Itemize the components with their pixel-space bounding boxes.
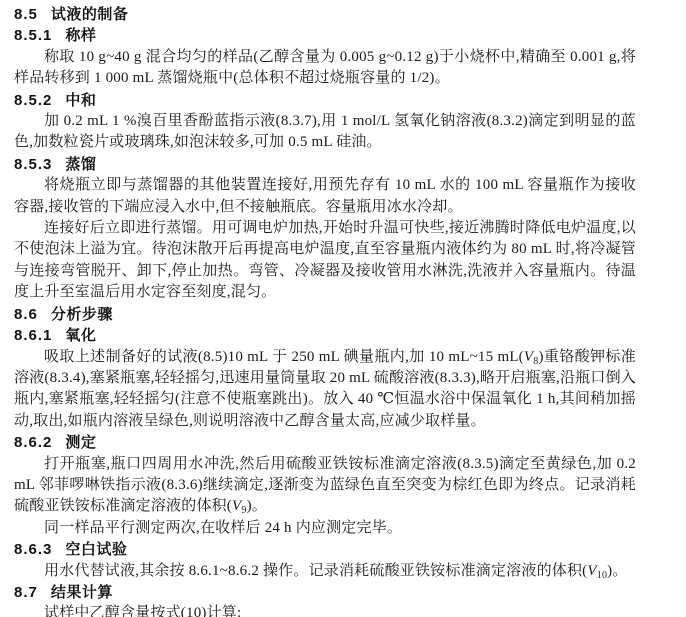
paragraph: 称取 10 g~40 g 混合均匀的样品(乙醇含量为 0.005 g~0.12 … bbox=[14, 47, 636, 90]
variable-v9: V9 bbox=[232, 498, 247, 514]
section-title: 测定 bbox=[65, 434, 96, 451]
section-number: 8.5.1 bbox=[14, 25, 52, 46]
section-heading-8.5: 8.5试液的制备 bbox=[14, 4, 636, 25]
section-heading-8.6.3: 8.6.3空白试验 bbox=[14, 539, 636, 560]
section-heading-8.6.2: 8.6.2测定 bbox=[14, 432, 636, 453]
section-number: 8.7 bbox=[14, 582, 38, 603]
paragraph: 同一样品平行测定两次,在收样后 24 h 内应测定完毕。 bbox=[14, 518, 636, 539]
paragraph: 加 0.2 mL 1 %溴百里香酚蓝指示液(8.3.7),用 1 mol/L 氢… bbox=[14, 111, 636, 154]
variable-subscript: 8 bbox=[533, 356, 538, 367]
section-heading-8.5.2: 8.5.2中和 bbox=[14, 90, 636, 111]
section-number: 8.5.3 bbox=[14, 154, 52, 175]
section-title: 分析步骤 bbox=[51, 306, 113, 323]
section-number: 8.5 bbox=[14, 4, 38, 25]
section-number: 8.6 bbox=[14, 304, 38, 325]
paragraph: 连接好后立即进行蒸馏。用可调电炉加热,开始时升温可快些,接近沸腾时降低电炉温度,… bbox=[14, 218, 636, 304]
section-title: 蒸馏 bbox=[65, 156, 96, 173]
section-heading-8.6.1: 8.6.1氧化 bbox=[14, 325, 636, 346]
paragraph: 用水代替试液,其余按 8.6.1~8.6.2 操作。记录消耗硫酸亚铁铵标准滴定溶… bbox=[14, 561, 636, 582]
section-number: 8.6.1 bbox=[14, 325, 52, 346]
section-heading-8.7: 8.7结果计算 bbox=[14, 582, 636, 603]
variable-subscript: 9 bbox=[241, 505, 246, 516]
section-title: 试液的制备 bbox=[51, 6, 129, 23]
paragraph: 试样中乙醇含量按式(10)计算: bbox=[14, 603, 636, 617]
section-number: 8.6.3 bbox=[14, 539, 52, 560]
paragraph: 吸取上述制备好的试液(8.5)10 mL 于 250 mL 碘量瓶内,加 10 … bbox=[14, 347, 636, 433]
section-heading-8.5.1: 8.5.1称样 bbox=[14, 25, 636, 46]
section-title: 氧化 bbox=[65, 327, 96, 344]
section-heading-8.6: 8.6分析步骤 bbox=[14, 304, 636, 325]
section-number: 8.6.2 bbox=[14, 432, 52, 453]
paragraph: 将烧瓶立即与蒸馏器的其他装置连接好,用预先存有 10 mL 水的 100 mL … bbox=[14, 175, 636, 218]
paragraph: 打开瓶塞,瓶口四周用水冲洗,然后用硫酸亚铁铵标准滴定溶液(8.3.5)滴定至黄绿… bbox=[14, 454, 636, 518]
variable-v8: V8 bbox=[524, 349, 539, 365]
section-title: 结果计算 bbox=[51, 584, 113, 601]
variable-v10: V10 bbox=[587, 563, 607, 579]
variable-subscript: 10 bbox=[597, 570, 607, 581]
section-number: 8.5.2 bbox=[14, 90, 52, 111]
section-title: 空白试验 bbox=[65, 541, 127, 558]
section-title: 称样 bbox=[65, 27, 96, 44]
section-heading-8.5.3: 8.5.3蒸馏 bbox=[14, 154, 636, 175]
document-body: 8.5试液的制备8.5.1称样称取 10 g~40 g 混合均匀的样品(乙醇含量… bbox=[14, 4, 636, 617]
document-page: 8.5试液的制备8.5.1称样称取 10 g~40 g 混合均匀的样品(乙醇含量… bbox=[0, 0, 686, 617]
section-title: 中和 bbox=[65, 92, 96, 109]
